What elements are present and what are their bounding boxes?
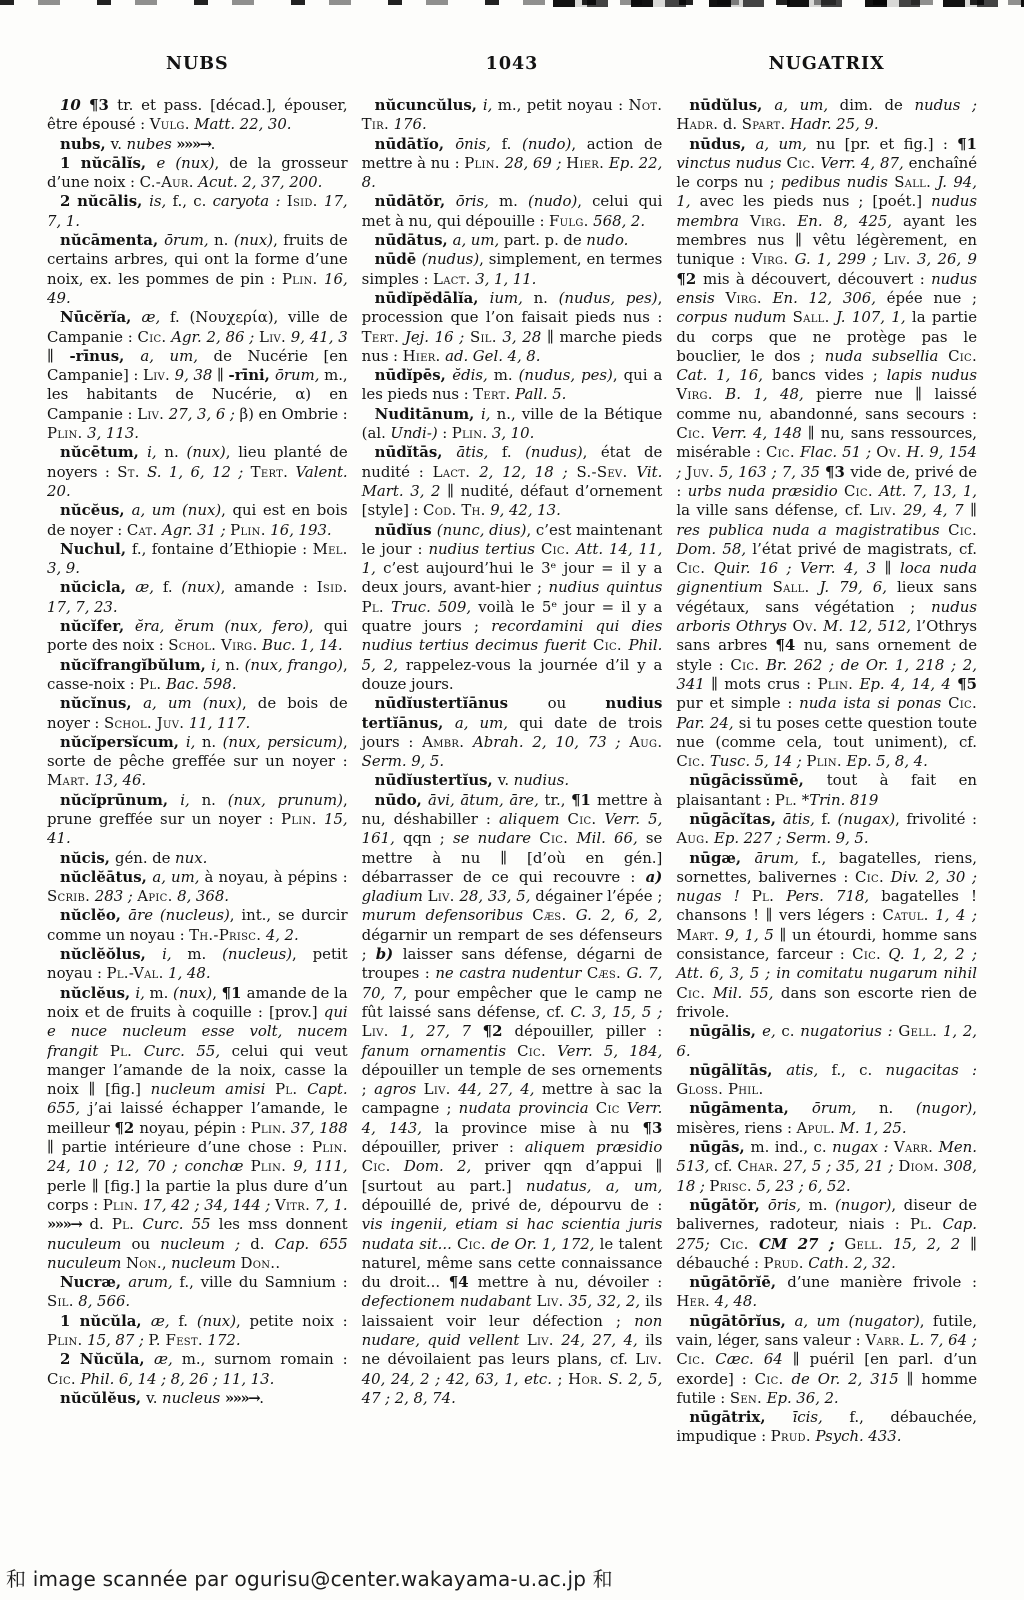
dictionary-entry: nūdŭlus, a, um, dim. de nudus ; Hadr. d.… <box>676 96 977 135</box>
dictionary-entry: nūdĭustertĭus, v. nudius. <box>362 771 663 790</box>
dictionary-entry: nūdĭustertĭānus ou nudius tertĭānus, a, … <box>362 694 663 771</box>
dictionary-entry: 1 nŭcālĭs, e (nux), de la grosseur d’une… <box>47 154 348 193</box>
dictionary-entry: nŭclĕo, āre (nucleus), int., se durcir c… <box>47 906 348 945</box>
dictionary-entry: nūgātŏr, ōris, m. (nugor), diseur de bal… <box>676 1196 977 1273</box>
dictionary-entry: nūdĭus (nunc, dius), c’est maintenant le… <box>362 521 663 695</box>
dictionary-entry: nūdātus, a, um, part. p. de nudo. <box>362 231 663 250</box>
page-header: NUBS 1043 NUGATRIX <box>47 54 977 74</box>
dictionary-entry: nŭcāmenta, ōrum, n. (nux), fruits de cer… <box>47 231 348 308</box>
column-1: 10 ¶3 tr. et pass. [décad.], épouser, êt… <box>47 96 348 1526</box>
dictionary-entry: nŭcĕus, a, um (nux), qui est en bois de … <box>47 501 348 540</box>
dictionary-entry: nŭclĕŏlus, i, m. (nucleus), petit noyau … <box>47 945 348 984</box>
dictionary-entry: nūdĭtās, ātis, f. (nudus), état de nudit… <box>362 443 663 520</box>
dictionary-entry: nūgālis, e, c. nugatorius : Gell. 1, 2, … <box>676 1022 977 1061</box>
dictionary-entry: nŭcuncŭlus, i, m., petit noyau : Not. Ti… <box>362 96 663 135</box>
cross-reference-arrow-icon: »»»→ <box>47 1215 81 1233</box>
dictionary-entry: nūdē (nudus), simplement, en termes simp… <box>362 250 663 289</box>
dictionary-entry: nŭclĕātus, a, um, à noyau, à pépins : Sc… <box>47 868 348 907</box>
dictionary-entry: nūgācissŭmē, tout à fait en plaisantant … <box>676 771 977 810</box>
dictionary-entry: nūgālĭtās, atis, f., c. nugacitas : Glos… <box>676 1061 977 1100</box>
dictionary-entry: nŭcŭlĕus, v. nucleus »»»→. <box>47 1389 348 1408</box>
column-3: nūdŭlus, a, um, dim. de nudus ; Hadr. d.… <box>676 96 977 1526</box>
scanned-dictionary-page: { "header": { "left": "NUBS", "page_numb… <box>0 0 1024 1600</box>
dictionary-entry: nūgācĭtas, ātis, f. (nugax), frivolité :… <box>676 810 977 849</box>
scan-edge-artifact <box>0 0 1024 5</box>
dictionary-entry: Nuditānum, i, n., ville de la Bétique (a… <box>362 405 663 444</box>
dictionary-entry: nūgās, m. ind., c. nugax : Varr. Men. 51… <box>676 1138 977 1196</box>
dictionary-entry: 1 nŭcŭla, æ, f. (nux), petite noix : Pli… <box>47 1312 348 1351</box>
dictionary-entry: 2 Nŭcŭla, æ, m., surnom romain : Cic. Ph… <box>47 1350 348 1389</box>
header-guide-word-left: NUBS <box>47 54 348 74</box>
dictionary-entry: Nuchul, f., fontaine d’Ethiopie : Mel. 3… <box>47 540 348 579</box>
dictionary-entry: nūgæ, ārum, f., bagatelles, riens, sorne… <box>676 849 977 1023</box>
cross-reference-arrow-icon: »»»→ <box>176 135 210 153</box>
dictionary-entry: nŭclĕus, i, m. (nux), ¶1 amande de la no… <box>47 984 348 1273</box>
dictionary-entry: nŭcĭprūnum, i, n. (nux, prunum), prune g… <box>47 791 348 849</box>
dictionary-entry: nŭcĭnus, a, um (nux), de bois de noyer :… <box>47 694 348 733</box>
dictionary-entry: nūdātŏr, ōris, m. (nudo), celui qui met … <box>362 192 663 231</box>
dictionary-entry: nūdātĭo, ōnis, f. (nudo), action de mett… <box>362 135 663 193</box>
cross-reference-arrow-icon: »»»→ <box>225 1389 259 1407</box>
dictionary-entry: nūdĭpĕdālĭa, ium, n. (nudus, pes), proce… <box>362 289 663 366</box>
dictionary-entry: nŭcĭfer, ĕra, ĕrum (nux, fero), qui port… <box>47 617 348 656</box>
text-columns: 10 ¶3 tr. et pass. [décad.], épouser, êt… <box>47 96 977 1526</box>
dictionary-entry: nŭcĭpersĭcum, i, n. (nux, persicum), sor… <box>47 733 348 791</box>
dictionary-entry: nūdus, a, um, nu [pr. et fig.] : ¶1 vinc… <box>676 135 977 772</box>
dictionary-entry: nŭcĭfrangĭbŭlum, i, n. (nux, frango), ca… <box>47 656 348 695</box>
dictionary-entry: Nūcĕrĭa, æ, f. (Νουχερία), ville de Camp… <box>47 308 348 443</box>
dictionary-entry: nūgāmenta, ōrum, n. (nugor), misères, ri… <box>676 1099 977 1138</box>
dictionary-entry: nŭcētum, i, n. (nux), lieu planté de noy… <box>47 443 348 501</box>
dictionary-entry: nūdĭpēs, ĕdis, m. (nudus, pes), qui a le… <box>362 366 663 405</box>
dictionary-entry: nŭcicla, æ, f. (nux), amande : Isid. 17,… <box>47 578 348 617</box>
dictionary-entry: nūdo, āvi, ātum, āre, tr., ¶1 mettre à n… <box>362 791 663 1409</box>
page-number: 1043 <box>362 54 663 74</box>
dictionary-entry: nūgātrix, īcis, f., débauchée, impudique… <box>676 1408 977 1447</box>
dictionary-entry: 10 ¶3 tr. et pass. [décad.], épouser, êt… <box>47 96 348 135</box>
header-guide-word-right: NUGATRIX <box>676 54 977 74</box>
dictionary-entry: 2 nŭcālis, is, f., c. caryota : Isid. 17… <box>47 192 348 231</box>
scan-credit: 和 image scannée par ogurisu@center.wakay… <box>6 1563 613 1592</box>
dictionary-entry: nūgātōrĭus, a, um (nugator), futile, vai… <box>676 1312 977 1408</box>
dictionary-entry: nūgātōrĭē, d’une manière frivole : Her. … <box>676 1273 977 1312</box>
column-2: nŭcuncŭlus, i, m., petit noyau : Not. Ti… <box>362 96 663 1526</box>
dictionary-entry: Nucræ, arum, f., ville du Samnium : Sil.… <box>47 1273 348 1312</box>
dictionary-entry: nubs, v. nubes »»»→. <box>47 135 348 154</box>
dictionary-entry: nŭcis, gén. de nux. <box>47 849 348 868</box>
